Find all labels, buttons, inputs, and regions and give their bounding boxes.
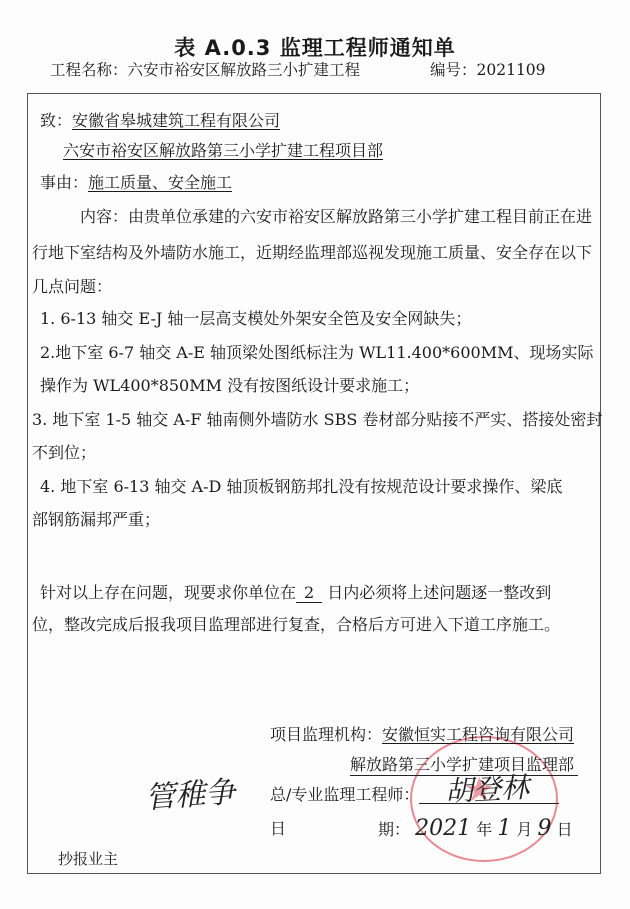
date-day: 9: [538, 816, 552, 841]
requirement-line-1: 针对以上存在问题，现要求你单位在2 日内必须将上述问题逐一整改到: [40, 580, 551, 603]
date-month: 1: [497, 816, 511, 841]
project-name: 工程名称：六安市裕安区解放路三小扩建工程: [50, 58, 360, 80]
issue-2b: 操作为 WL400*850MM 没有按图纸设计要求施工；: [40, 373, 419, 396]
recipient-department: 六安市裕安区解放路第三小学扩建工程项目部: [63, 138, 383, 161]
issue-1: 1. 6-13 轴交 E-J 轴一层高支模处外架安全笆及安全网缺失；: [40, 306, 471, 329]
content-line-3: 几点问题：: [32, 274, 112, 297]
subject-line: 事由：施工质量、安全施工: [40, 170, 232, 193]
document-number: 编号：2021109: [430, 58, 546, 80]
requirement-post: 日内必须将上述问题逐一整改到: [327, 583, 551, 602]
org-name: 安徽恒实工程咨询有限公司: [382, 725, 574, 744]
engineer-label: 总/专业监理工程师：: [270, 785, 419, 804]
cc-owner: 抄报业主: [58, 848, 118, 869]
issue-4a: 4. 地下室 6-13 轴交 A-D 轴顶板钢筋邦扎没有按规范设计要求操作、梁底: [40, 474, 562, 497]
date-values: 期： 2021 年 1 月 9 日: [378, 816, 573, 841]
content-line-2: 行地下室结构及外墙防水施工，近期经监理部巡视发现施工质量、安全存在以下: [32, 240, 592, 263]
date-day-unit: 日: [557, 820, 573, 839]
content-line-1: 内容：由贵单位承建的六安市裕安区解放路第三小学扩建工程目前正在进: [80, 204, 592, 227]
issue-2a: 2.地下室 6-7 轴交 A-E 轴顶梁处图纸标注为 WL11.400*600M…: [40, 340, 593, 363]
requirement-line-2: 位，整改完成后报我项目监理部进行复查，合格后方可进入下道工序施工。: [32, 612, 560, 635]
date-month-unit: 月: [516, 820, 532, 839]
supervision-org-line: 项目监理机构：安徽恒实工程咨询有限公司: [270, 722, 574, 745]
receiver-signature: 管稚争: [144, 767, 237, 817]
issue-3a: 3. 地下室 1-5 轴交 A-F 轴南侧外墙防水 SBS 卷材部分贴接不严实、…: [32, 407, 602, 430]
recipient-prefix: 致：: [40, 111, 72, 130]
issue-4b: 部钢筋漏邦严重；: [32, 507, 160, 530]
org-label: 项目监理机构：: [270, 725, 382, 744]
date-label-2: 期：: [378, 820, 410, 839]
date-year-unit: 年: [476, 820, 492, 839]
issue-3b: 不到位；: [32, 440, 96, 463]
requirement-days: 2: [296, 584, 322, 603]
engineer-signature: 胡登林: [444, 766, 530, 810]
subject-value: 施工质量、安全施工: [88, 173, 232, 192]
subject-prefix: 事由：: [40, 173, 88, 192]
recipient-company: 安徽省皋城建筑工程有限公司: [72, 111, 280, 130]
date-label-1: 日: [270, 819, 286, 838]
requirement-pre: 针对以上存在问题，现要求你单位在: [40, 583, 296, 602]
date-year: 2021: [415, 816, 471, 841]
recipient-line: 致：安徽省皋城建筑工程有限公司: [40, 108, 280, 131]
date-line: 日: [270, 816, 286, 839]
